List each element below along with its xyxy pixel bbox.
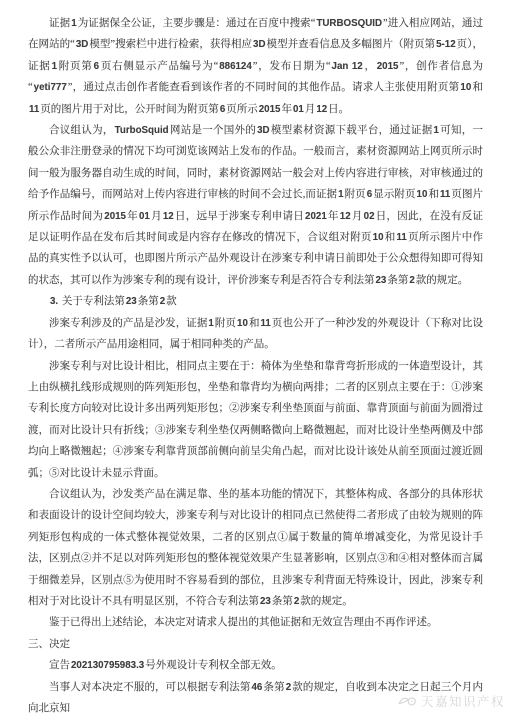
- paragraph-evidence-1-notarization: 证据1为证据保全公证，主要步骤是：通过在百度中搜索“TURBOSQUID”进入相…: [28, 13, 483, 120]
- paragraph-other-grounds: 鉴于已得出上述结论，本决定对请求人提出的其他证据和无效宣告理由不再作评述。: [28, 612, 483, 633]
- paragraph-design-comparison: 涉案专利与对比设计相比，相同点主要在于：椅体为坐垫和靠背弯折形成的一体造型设计，…: [28, 356, 483, 484]
- paragraph-panel-conclusion: 合议组认为，沙发类产品在满足靠、坐的基本功能的情况下，其整体构成、各部分的具体形…: [28, 484, 483, 612]
- heading-decision: 三、决定: [28, 634, 483, 655]
- paragraph-product-category: 涉案专利涉及的产品是沙发，证据1附页10和11页也公开了一种沙发的外观设计（下称…: [28, 313, 483, 356]
- watermark: 天嘉知识产权: [398, 692, 505, 710]
- swoosh-logo-icon: [398, 694, 418, 708]
- watermark-label: 天嘉知识产权: [421, 692, 505, 710]
- paragraph-panel-opinion-evidence: 合议组认为，TurboSquid网站是一个国外的3D模型素材资源下载平台，通过证…: [28, 120, 483, 291]
- heading-article-23-2: 3. 关于专利法第23条第2款: [28, 291, 483, 312]
- decision-document-page: 证据1为证据保全公证，主要步骤是：通过在百度中搜索“TURBOSQUID”进入相…: [28, 13, 483, 719]
- paragraph-decision-declaration: 宣告202130795983.3号外观设计专利权全部无效。: [28, 655, 483, 676]
